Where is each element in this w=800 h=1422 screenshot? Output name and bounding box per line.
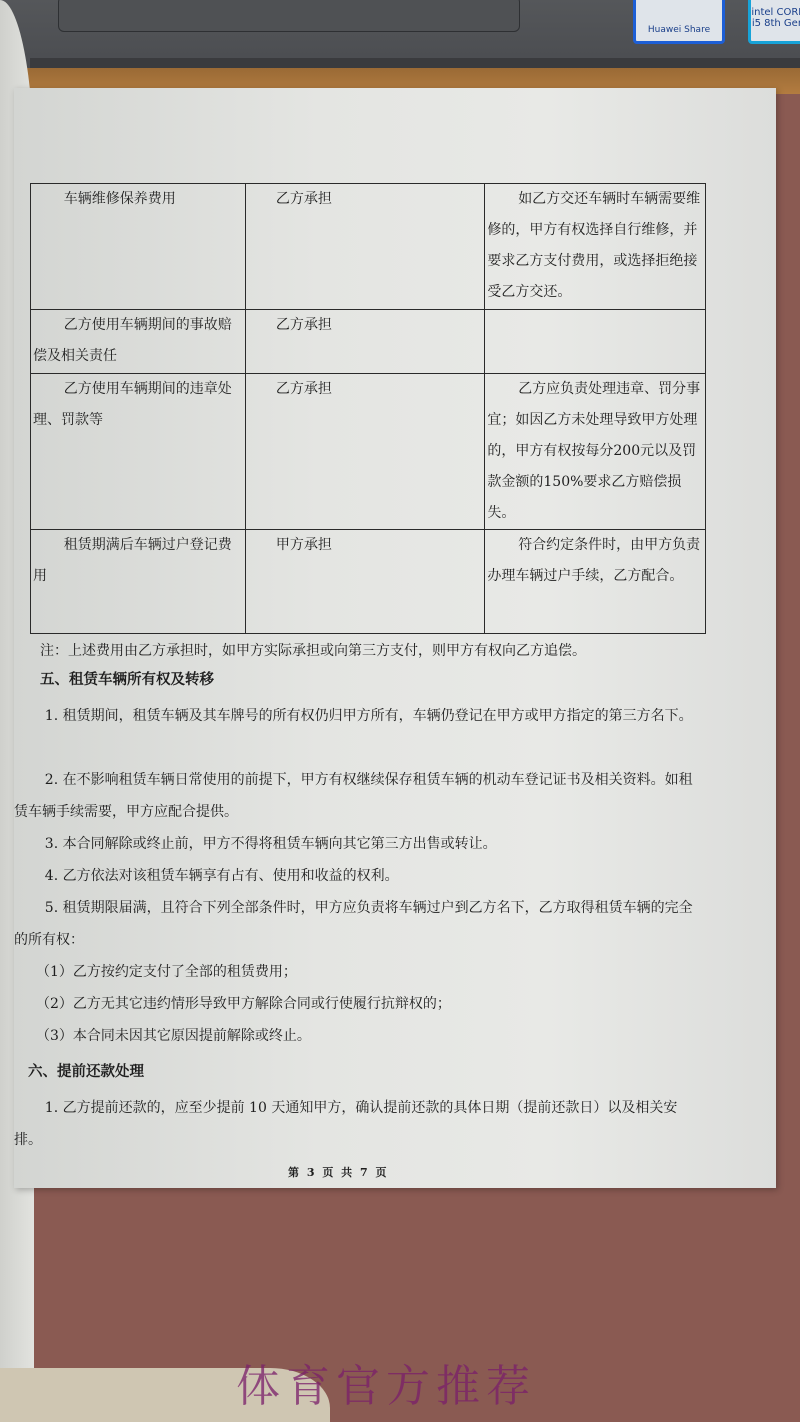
section5-item-2: 2. 在不影响租赁车辆日常使用的前提下，甲方有权继续保存租赁车辆的机动车登记证书… [14, 764, 694, 828]
section-title-6: 六、提前还款处理 [28, 1060, 144, 1081]
document-page: 车辆维修保养费用 乙方承担 如乙方交还车辆时车辆需要维修的，甲方有权选择自行维修… [14, 88, 776, 1188]
table-cell-item: 租赁期满后车辆过户登记费用 [31, 530, 246, 634]
condition-3: （3）本合同未因其它原因提前解除或终止。 [36, 1020, 716, 1052]
section5-item-5: 5. 租赁期限届满，且符合下列全部条件时，甲方应负责将车辆过户到乙方名下，乙方取… [14, 892, 694, 956]
table-cell-bearer: 乙方承担 [245, 310, 485, 374]
huawei-share-sticker: Huawei Share [633, 0, 725, 44]
laptop-edge [30, 58, 800, 68]
table-cell-note [485, 310, 706, 374]
laptop-body: Huawei Share intel CORE i5 8th Gen [0, 0, 800, 70]
section5-item-3: 3. 本合同解除或终止前，甲方不得将租赁车辆向其它第三方出售或转让。 [14, 828, 694, 860]
section6-item-1: 1. 乙方提前还款的，应至少提前 10 天通知甲方，确认提前还款的具体日期（提前… [14, 1092, 694, 1156]
table-cell-item: 乙方使用车辆期间的事故赔偿及相关责任 [31, 310, 246, 374]
table-cell-note: 如乙方交还车辆时车辆需要维修的，甲方有权选择自行维修，并要求乙方支付费用，或选择… [485, 184, 706, 310]
table-cell-bearer: 乙方承担 [245, 374, 485, 530]
page-number: 第 3 页 共 7 页 [288, 1164, 388, 1180]
section-title-5: 五、租赁车辆所有权及转移 [40, 668, 214, 689]
section5-item-4: 4. 乙方依法对该租赁车辆享有占有、使用和收益的权利。 [14, 860, 694, 892]
condition-1: （1）乙方按约定支付了全部的租赁费用； [36, 956, 716, 988]
table-row: 乙方使用车辆期间的事故赔偿及相关责任 乙方承担 [31, 310, 706, 374]
table-row: 车辆维修保养费用 乙方承担 如乙方交还车辆时车辆需要维修的，甲方有权选择自行维修… [31, 184, 706, 310]
fee-table: 车辆维修保养费用 乙方承担 如乙方交还车辆时车辆需要维修的，甲方有权选择自行维修… [30, 183, 706, 634]
table-cell-bearer: 甲方承担 [245, 530, 485, 634]
table-cell-note: 符合约定条件时，由甲方负责办理车辆过户手续，乙方配合。 [485, 530, 706, 634]
intel-sticker: intel CORE i5 8th Gen [748, 0, 800, 44]
trackpad [58, 0, 520, 32]
table-cell-bearer: 乙方承担 [245, 184, 485, 310]
table-cell-item: 乙方使用车辆期间的违章处理、罚款等 [31, 374, 246, 530]
table-row: 租赁期满后车辆过户登记费用 甲方承担 符合约定条件时，由甲方负责办理车辆过户手续… [31, 530, 706, 634]
table-cell-note: 乙方应负责处理违章、罚分事宜；如因乙方未处理导致甲方处理的，甲方有权按每分200… [485, 374, 706, 530]
table-cell-item: 车辆维修保养费用 [31, 184, 246, 310]
table-row: 乙方使用车辆期间的违章处理、罚款等 乙方承担 乙方应负责处理违章、罚分事宜；如因… [31, 374, 706, 530]
table-note: 注：上述费用由乙方承担时，如甲方实际承担或向第三方支付，则甲方有权向乙方追偿。 [40, 640, 586, 660]
section5-item-1: 1. 租赁期间，租赁车辆及其车牌号的所有权仍归甲方所有，车辆仍登记在甲方或甲方指… [14, 700, 694, 732]
watermark-text: 体育官方推荐 [236, 1350, 536, 1414]
condition-2: （2）乙方无其它违约情形导致甲方解除合同或行使履行抗辩权的； [36, 988, 716, 1020]
